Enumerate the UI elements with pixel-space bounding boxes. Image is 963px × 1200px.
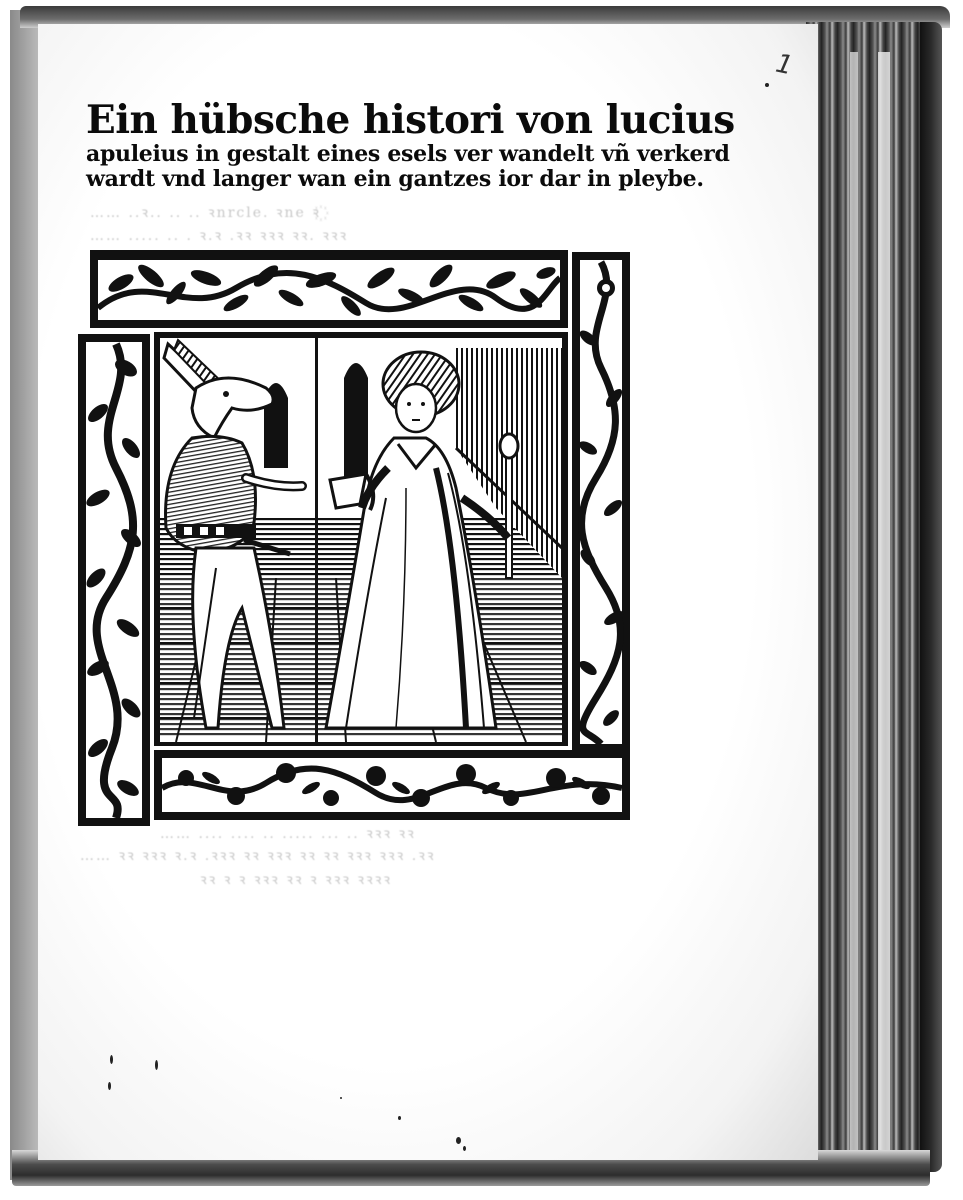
title-line-1: Ein hübsche histori von lucius — [86, 98, 666, 142]
ink-speck — [340, 1097, 342, 1099]
book-photograph: 1 Ein hübsche histori von lucius apuleiu… — [0, 0, 963, 1200]
bleed-through-text: …… .... .... .. ..... ... .. ꝛꝛꝛ ꝛꝛ — [160, 824, 416, 843]
ink-speck — [398, 1116, 401, 1120]
title-line-2: apuleius in gestalt eines esels ver wand… — [86, 142, 666, 167]
bleed-through-text: …… ..... .. . ꝛ.ꝛ .ꝛꝛ ꝛꝛꝛ ꝛꝛ. ꝛꝛꝛ — [90, 226, 348, 245]
ink-speck — [110, 1055, 113, 1064]
ink-speck — [155, 1060, 158, 1070]
ink-speck — [463, 1146, 466, 1151]
page-title: Ein hübsche histori von lucius apuleius … — [86, 98, 666, 192]
bleed-through-text: …… ..ꝛ.. .. .. ꝛnrcle. ꝛne ꝛ꙰ — [90, 203, 323, 222]
bleed-through-text: ꝛꝛ ꝛ ꝛ ꝛꝛꝛ ꝛꝛ ꝛ ꝛꝛꝛ ꝛꝛꝛꝛ — [200, 870, 392, 889]
ink-speck — [456, 1137, 461, 1144]
page-edge-highlight — [878, 52, 890, 1162]
ink-speck — [765, 83, 769, 87]
top-foliate-border — [90, 250, 568, 328]
page-edges-block — [806, 22, 924, 1170]
woodcut-illustration — [76, 248, 632, 826]
woodcut-scene — [154, 332, 568, 746]
title-line-3: wardt vnd langer wan ein gantzes ior dar… — [86, 167, 666, 192]
ink-speck — [108, 1082, 111, 1090]
page-edge-highlight — [850, 52, 858, 1162]
left-foliate-border — [78, 334, 150, 826]
bottom-foliate-border — [154, 750, 630, 820]
book-cover-right-edge — [920, 22, 942, 1172]
right-foliate-border — [572, 252, 630, 752]
bleed-through-text: …… ꝛꝛ ꝛꝛꝛ ꝛ.ꝛ .ꝛꝛꝛ ꝛꝛ ꝛꝛꝛ ꝛꝛ ꝛꝛ ꝛꝛꝛ ꝛꝛꝛ … — [80, 846, 435, 865]
